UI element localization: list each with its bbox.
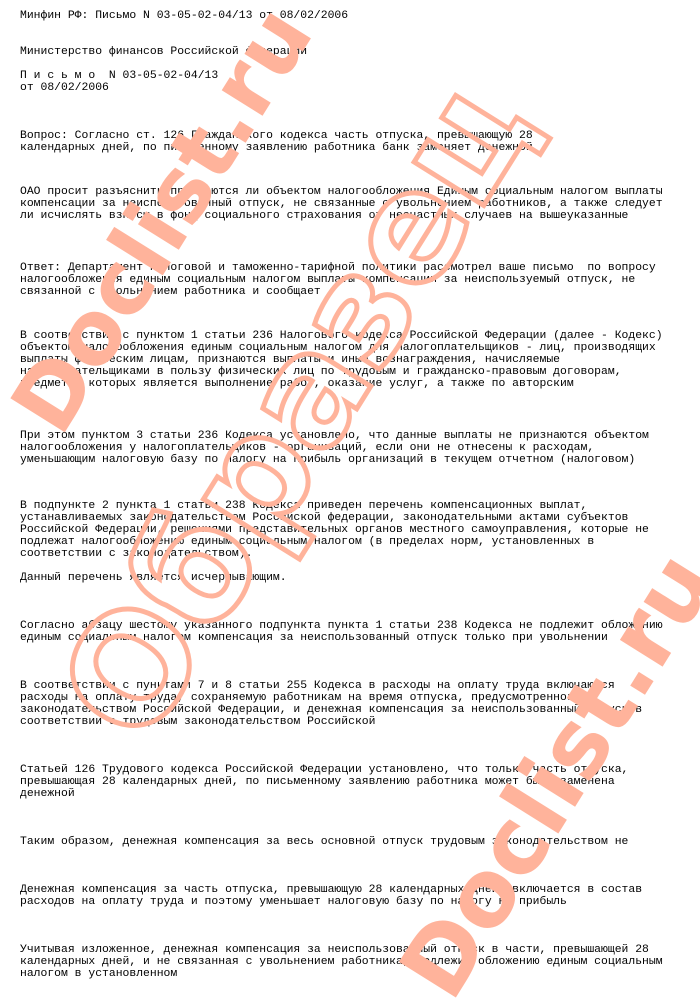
letter-number: П и с ь м о N 03-05-02-04/13	[20, 70, 218, 82]
body-paragraph: При этом пунктом 3 статьи 236 Кодекса ус…	[20, 430, 649, 466]
body-paragraph: Денежная компенсация за часть отпуска, п…	[20, 884, 642, 908]
question-paragraph: Вопрос: Согласно ст. 126 Гражданского ко…	[20, 130, 533, 154]
body-paragraph: Согласно абзацу шестому указанного подпу…	[20, 620, 663, 644]
body-paragraph: Таким образом, денежная компенсация за в…	[20, 836, 628, 848]
body-paragraph: В соответствии с пунктами 7 и 8 статьи 2…	[20, 680, 642, 728]
body-paragraph: Статьей 126 Трудового кодекса Российской…	[20, 764, 628, 800]
document-header-line: Минфин РФ: Письмо N 03-05-02-04/13 от 08…	[20, 10, 348, 22]
body-paragraph: В подпункте 2 пункта 1 статьи 238 Кодекс…	[20, 500, 649, 560]
letter-date: от 08/02/2006	[20, 82, 109, 94]
conclusion-paragraph: Учитывая изложенное, денежная компенсаци…	[20, 944, 663, 980]
body-paragraph: В соответствии с пунктом 1 статьи 236 На…	[20, 330, 663, 390]
answer-paragraph: Ответ: Департамент налоговой и таможенно…	[20, 262, 656, 298]
body-paragraph: Данный перечень является исчерпывающим.	[20, 572, 287, 584]
issuer-name: Министерство финансов Российской федерац…	[20, 46, 307, 58]
request-paragraph: ОАО просит разъяснить признаются ли объе…	[20, 186, 663, 222]
